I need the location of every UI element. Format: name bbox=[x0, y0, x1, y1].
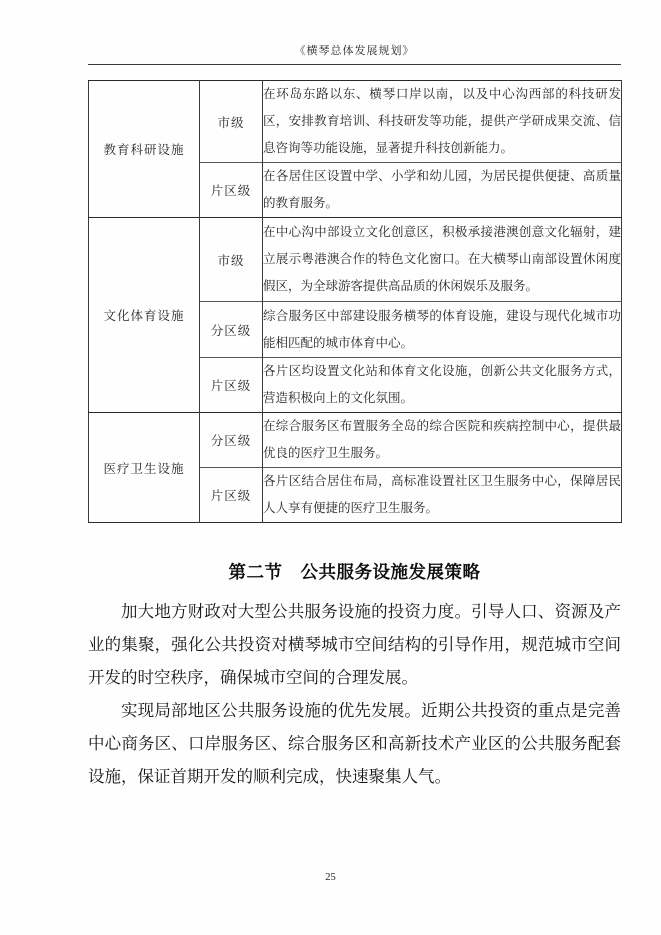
level-cell: 分区级 bbox=[200, 413, 263, 468]
page-content: 《横琴总体发展规划》 教育科研设施 市级 在环岛东路以东、横琴口岸以南，以及中心… bbox=[88, 0, 621, 794]
level-cell: 片区级 bbox=[200, 163, 263, 218]
description-cell: 在综合服务区布置服务全岛的综合医院和疾病控制中心，提供最优良的医疗卫生服务。 bbox=[263, 413, 622, 468]
running-header: 《横琴总体发展规划》 bbox=[88, 0, 621, 65]
category-cell-culture-sports: 文化体育设施 bbox=[89, 218, 200, 413]
description-cell: 在环岛东路以东、横琴口岸以南，以及中心沟西部的科技研发区，安排教育培训、科技研发… bbox=[263, 81, 622, 163]
page-number: 25 bbox=[325, 872, 336, 883]
body-paragraph-1: 加大地方财政对大型公共服务设施的投资力度。引导人口、资源及产业的集聚，强化公共投… bbox=[88, 596, 621, 695]
body-paragraph-2: 实现局部地区公共服务设施的优先发展。近期公共投资的重点是完善中心商务区、口岸服务… bbox=[88, 695, 621, 794]
description-cell: 各片区均设置文化站和体育文化设施，创新公共文化服务方式，营造积极向上的文化氛围。 bbox=[263, 358, 622, 413]
description-cell: 在各居住区设置中学、小学和幼儿园，为居民提供便捷、高质量的教育服务。 bbox=[263, 163, 622, 218]
document-title: 《横琴总体发展规划》 bbox=[295, 45, 415, 57]
table-row: 医疗卫生设施 分区级 在综合服务区布置服务全岛的综合医院和疾病控制中心，提供最优… bbox=[89, 413, 622, 468]
level-cell: 市级 bbox=[200, 218, 263, 302]
table-row: 文化体育设施 市级 在中心沟中部设立文化创意区，积极承接港澳创意文化辐射，建立展… bbox=[89, 218, 622, 302]
description-cell: 各片区结合居住布局，高标准设置社区卫生服务中心，保障居民人人享有便捷的医疗卫生服… bbox=[263, 468, 622, 523]
level-cell: 分区级 bbox=[200, 302, 263, 358]
description-cell: 综合服务区中部建设服务横琴的体育设施，建设与现代化城市功能相匹配的城市体育中心。 bbox=[263, 302, 622, 358]
level-cell: 市级 bbox=[200, 81, 263, 163]
level-cell: 片区级 bbox=[200, 358, 263, 413]
table-row: 教育科研设施 市级 在环岛东路以东、横琴口岸以南，以及中心沟西部的科技研发区，安… bbox=[89, 81, 622, 163]
section-heading: 第二节 公共服务设施发展策略 bbox=[88, 559, 621, 584]
document-page: 《横琴总体发展规划》 教育科研设施 市级 在环岛东路以东、横琴口岸以南，以及中心… bbox=[0, 0, 661, 935]
page-footer: 25 bbox=[0, 872, 661, 883]
category-cell-education: 教育科研设施 bbox=[89, 81, 200, 218]
description-cell: 在中心沟中部设立文化创意区，积极承接港澳创意文化辐射，建立展示粤港澳合作的特色文… bbox=[263, 218, 622, 302]
category-cell-medical-health: 医疗卫生设施 bbox=[89, 413, 200, 523]
level-cell: 片区级 bbox=[200, 468, 263, 523]
public-facilities-table: 教育科研设施 市级 在环岛东路以东、横琴口岸以南，以及中心沟西部的科技研发区，安… bbox=[88, 80, 622, 523]
